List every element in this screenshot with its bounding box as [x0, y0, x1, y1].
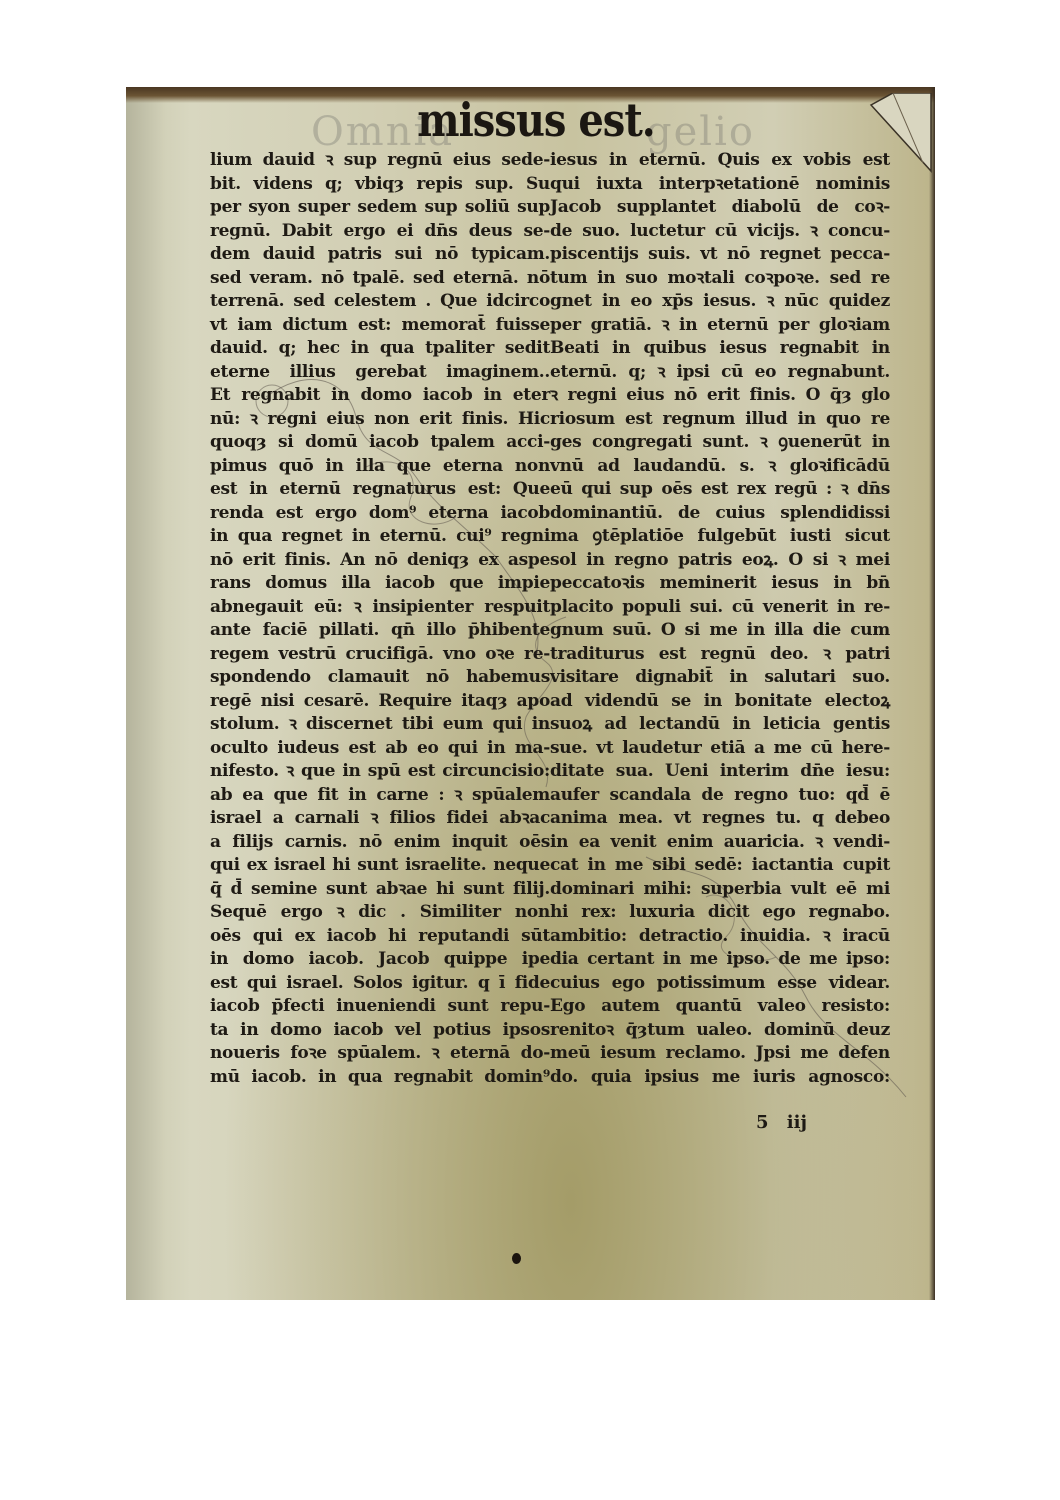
- text-line: de suo. luctetur cū vicijs. ꝛ concu-: [550, 220, 890, 244]
- text-line: q̄ d̄ semine sunt abꝛae hi sunt filij.: [210, 878, 550, 902]
- text-line: tum in suo moꝛtali coꝛpoꝛe. sed re: [550, 267, 890, 291]
- text-line: qui iuxta interpꝛetationē nominis: [550, 173, 890, 197]
- text-line: ab ea que fit in carne : ꝛ spūalem: [210, 784, 550, 808]
- text-line: piscentijs suis. vt nō regnet pecca-: [550, 243, 890, 267]
- ink-dot: [512, 1253, 521, 1264]
- text-line: Beati in quibus iesus regnabit in: [550, 337, 890, 361]
- text-line: do. quia ipsius me iuris agnosco:: [550, 1066, 890, 1090]
- text-line: abnegauit eū: ꝛ insipienter respuit: [210, 596, 550, 620]
- page-edge-shadow: [929, 87, 935, 1300]
- text-line: terrenā. sed celestem . Que idcirco: [210, 290, 550, 314]
- text-line: regnū. Dabit ergo ei dn̄s deus se-: [210, 220, 550, 244]
- text-line: ante faciē pillati. qn̄ illo p̄hibente: [210, 619, 550, 643]
- text-column-left: lium dauid ꝛ sup regnū eius sede- bit. v…: [210, 149, 550, 1089]
- text-line: rans domus illa iacob que impie: [210, 572, 550, 596]
- text-line: noueris foꝛe spūalem. ꝛ eternā do-: [210, 1042, 550, 1066]
- text-line: bit. videns q; vbiqȝ repis sup. Su: [210, 173, 550, 197]
- text-line: eterne illius gerebat imaginem..: [210, 361, 550, 385]
- text-line: nō erit finis. An nō deniqȝ ex aspe: [210, 549, 550, 573]
- text-line: in domo iacob. Jacob quippe ipe: [210, 948, 550, 972]
- text-line: visitare dignabit̄ in salutari suo.: [550, 666, 890, 690]
- text-line: dia certant in me ipso. de me ipso:: [550, 948, 890, 972]
- text-line: cuius ego potissimum esse videar.: [550, 972, 890, 996]
- text-line: in qua regnet in eternū. cui⁹ regni: [210, 525, 550, 549]
- text-line: a filijs carnis. nō enim inquit oēs: [210, 831, 550, 855]
- text-line: aufer scandala de regno tuo: qd̄ ē: [550, 784, 890, 808]
- text-line: riosum est regnum illud in quo re: [550, 408, 890, 432]
- text-line: in ea venit enim auaricia. ꝛ vendi-: [550, 831, 890, 855]
- signature-mark: 5 iij: [756, 1112, 807, 1133]
- text-line: sol in regno patris eoꝝ. O si ꝛ mei: [550, 549, 890, 573]
- text-line: gnet in eo xp̄s iesus. ꝛ nūc quidez: [550, 290, 890, 314]
- text-line: ꝛ regni eius nō erit finis. O q̄ȝ glo: [550, 384, 890, 408]
- text-line: lium dauid ꝛ sup regnū eius sede-: [210, 149, 550, 173]
- text-line: ambitio: detractio. inuidia. ꝛ iracū: [550, 925, 890, 949]
- text-line: gnum suū. O si me in illa die cum: [550, 619, 890, 643]
- text-line: ditate sua. Ueni interim dn̄e iesu:: [550, 760, 890, 784]
- text-line: mū iacob. in qua regnabit domin⁹: [210, 1066, 550, 1090]
- text-line: ad videndū se in bonitate electoꝝ: [550, 690, 890, 714]
- text-column-right: iesus in eternū. Quis ex vobis est qui i…: [550, 149, 890, 1089]
- text-line: stolum. ꝛ discernet tibi eum qui in: [210, 713, 550, 737]
- text-line: eternū. q; ꝛ ipsi cū eo regnabunt.: [550, 361, 890, 385]
- scanned-page: Omnia gelio missus est. lium dauid ꝛ sup…: [126, 87, 935, 1300]
- text-line: iacob p̄fecti inueniendi sunt repu-: [210, 995, 550, 1019]
- text-line: suoꝝ ad lectandū in leticia gentis: [550, 713, 890, 737]
- text-line: oculto iudeus est ab eo qui in ma-: [210, 737, 550, 761]
- text-line: traditurus est regnū deo. ꝛ patri: [550, 643, 890, 667]
- text-line: Sequē ergo ꝛ dic . Similiter non: [210, 901, 550, 925]
- text-line: ta in domo iacob vel potius ipsos: [210, 1019, 550, 1043]
- text-line: israel a carnali ꝛ filios fidei abꝛac: [210, 807, 550, 831]
- text-line: regē nisi cesarē. Require itaqȝ apo: [210, 690, 550, 714]
- text-line: ma ꝯtēplatiōe fulgebūt iusti sicut: [550, 525, 890, 549]
- text-line: est qui israel. Solos igitur. q ī fide: [210, 972, 550, 996]
- text-line: nifesto. ꝛ que in spū est circuncisio:: [210, 760, 550, 784]
- text-line: dominantiū. de cuius splendidissi: [550, 502, 890, 526]
- text-line: anima mea. vt regnes tu. q debeo: [550, 807, 890, 831]
- text-line: vnū ad laudandū. s. ꝛ gloꝛificādū: [550, 455, 890, 479]
- text-line: est in eternū regnaturus est: Que: [210, 478, 550, 502]
- text-line: hi rex: luxuria dicit ego regnabo.: [550, 901, 890, 925]
- text-line: per gratiā. ꝛ in eternū per gloꝛiam: [550, 314, 890, 338]
- text-line: renitoꝛ q̄ȝtum ualeo. dominū deuz: [550, 1019, 890, 1043]
- text-line: pimus quō in illa que eterna non: [210, 455, 550, 479]
- text-line: ges congregati sunt. ꝛ ꝯuenerūt in: [550, 431, 890, 455]
- text-line: iesus in eternū. Quis ex vobis est: [550, 149, 890, 173]
- text-line: eū qui sup oēs est rex regū : ꝛ dn̄s: [550, 478, 890, 502]
- text-line: quoqȝ si domū iacob tpalem acci-: [210, 431, 550, 455]
- text-line: qui ex israel hi sunt israelite. neque: [210, 854, 550, 878]
- text-line: nū: ꝛ regni eius non erit finis. Hic: [210, 408, 550, 432]
- text-line: regem vestrū crucifigā. vno oꝛe re-: [210, 643, 550, 667]
- text-line: oēs qui ex iacob hi reputandi sūt: [210, 925, 550, 949]
- text-line: dem dauid patris sui nō typicam.: [210, 243, 550, 267]
- text-line: dominari mihi: superbia vult eē mi: [550, 878, 890, 902]
- text-line: per syon super sedem sup soliū sup: [210, 196, 550, 220]
- text-line: sue. vt laudetur etiā a me cū here-: [550, 737, 890, 761]
- text-line: renda est ergo dom⁹ eterna iacob: [210, 502, 550, 526]
- text-line: Et regnabit in domo iacob in eter: [210, 384, 550, 408]
- text-line: placito populi sui. cū venerit in re-: [550, 596, 890, 620]
- text-line: meū iesum reclamo. Jpsi me defen: [550, 1042, 890, 1066]
- text-line: Jacob supplantet diabolū de coꝛ-: [550, 196, 890, 220]
- running-head: missus est.: [416, 93, 656, 147]
- text-line: vt iam dictum est: memorat̄ fuisse: [210, 314, 550, 338]
- text-line: peccatoꝛis meminerit iesus in bn̄: [550, 572, 890, 596]
- text-line: spondendo clamauit nō habemus: [210, 666, 550, 690]
- text-line: sed veram. nō tpalē. sed eternā. nō: [210, 267, 550, 291]
- text-line: cat in me sibi sedē: iactantia cupit: [550, 854, 890, 878]
- text-line: Ego autem quantū valeo resisto:: [550, 995, 890, 1019]
- text-line: dauid. q; hec in qua tpaliter sedit: [210, 337, 550, 361]
